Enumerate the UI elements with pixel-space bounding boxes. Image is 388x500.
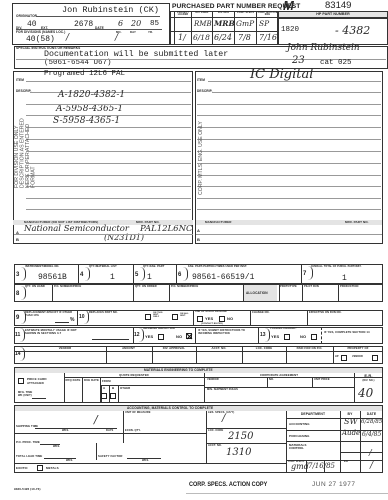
- if-yes-submit-label: IF YES, SUBMIT INSTRUCTIONS TO INCOMING …: [198, 330, 255, 336]
- po-proc-time-label: P.O. PROC. TIME: [16, 441, 40, 444]
- section-8-num: 8: [16, 291, 19, 297]
- incoming-yes-label: YES: [145, 335, 153, 339]
- department-header: DEPARTMENT: [286, 413, 340, 416]
- dept-materials-control-date[interactable]: /: [369, 449, 372, 457]
- slash-mark: /: [66, 34, 69, 43]
- section-3-num: 3: [16, 272, 19, 278]
- incoming-yes-checkbox[interactable]: [158, 334, 164, 340]
- acct-no-value[interactable]: 1310: [226, 448, 251, 458]
- by-header: BY: [340, 413, 360, 416]
- date-header: DATE: [360, 413, 383, 416]
- min-shipment-label: MIN. SHIPMENT RULES: [207, 389, 238, 392]
- section-9-num: 9: [16, 315, 19, 321]
- yr-label: YR.: [148, 31, 153, 34]
- accounting-header: ACCOUNTING, MATERIALS CONTROL TO COMPLET…: [127, 407, 213, 410]
- property-hp-label: HP: [335, 356, 339, 358]
- left-mfr-a-part[interactable]: PAL12L6NC: [140, 225, 193, 234]
- contact-buyer-label: (CONTACT BUYER): [201, 323, 223, 325]
- dept-accounting-label: ACCOUNTING: [289, 423, 310, 426]
- tooling-charge-label: TOOLING CHARGE?: [270, 328, 297, 331]
- approval-header: CORP. SPECS: [235, 12, 256, 14]
- final-date-slash[interactable]: /: [370, 462, 373, 471]
- change-no-label: CHANGE NO.: [252, 312, 270, 315]
- wk-unit-label: WK (UNIT): [18, 395, 32, 398]
- po-number-price-label-2: P.O. NUMBER/PRICE: [171, 286, 198, 289]
- loc-code-label: LOC. CODE: [208, 430, 223, 433]
- loc-code-header: LOC. CODE: [242, 347, 286, 350]
- dept-purchasing-date[interactable]: 6/4/85: [362, 432, 381, 438]
- left-descrip-line[interactable]: A-5958-4365-1: [56, 105, 123, 114]
- handwritten-number: 23: [292, 56, 305, 66]
- corp-specs-date[interactable]: 7/16/85: [308, 463, 335, 470]
- right-descrip-label: DESCRIP.: [197, 90, 212, 93]
- div-approval-header: DIV. APPROVAL: [152, 347, 196, 350]
- qty-on-hand-label: QTY. ON HAND: [25, 286, 45, 289]
- er-sub-label: (DIV. NO.): [354, 380, 383, 382]
- pilot-run-label: PILOT RUN: [304, 286, 319, 289]
- quote-b-label: B: [112, 387, 114, 390]
- qty-fab-part-label: QTY./FAB. PART: [143, 266, 164, 269]
- approval-date[interactable]: 7/8: [238, 34, 251, 42]
- left-mfr-a-part2[interactable]: (N231D1): [104, 234, 144, 242]
- total-lead-time-label: TOTAL LEAD TIME: [16, 455, 42, 458]
- due-date-label: DUE DATE: [83, 379, 100, 382]
- originator-value[interactable]: Jon Rubinstein (CK): [62, 6, 159, 15]
- property-hp-checkbox[interactable]: [341, 355, 347, 361]
- replaces-part-label: REPLACES PART NO.: [89, 312, 118, 315]
- materials-engineering-header: MATERIALS ENGINEERING TO COMPLETE: [144, 369, 213, 372]
- form-title: PURCHASED PART NUMBER REQUEST: [172, 3, 300, 10]
- exotic-label: EXOTIC: [16, 467, 28, 470]
- received-stamp: JUN 27 1977: [312, 481, 355, 488]
- on-all-inst-label: ON ALL INST.: [180, 313, 190, 317]
- overall-total-value[interactable]: 1: [342, 275, 347, 283]
- form-number: 83149: [325, 1, 351, 11]
- section-11-num: 11: [15, 333, 20, 338]
- price-card-label: PRICE CARD ATTACHED: [27, 378, 62, 385]
- quote-a-checkbox[interactable]: [101, 393, 107, 399]
- vendor-header: VENDOR: [25, 347, 105, 350]
- en-label: EN.: [344, 461, 348, 463]
- section-10-num: 10: [79, 315, 85, 320]
- incoming-inspection-label: INCOMING INSPECTION: [143, 328, 175, 331]
- monthly-usage-label: ESTIMATE MONTHLY USAGE IF NOT SHOWN IN S…: [25, 329, 85, 335]
- div-value[interactable]: 40: [27, 21, 37, 29]
- approval-date[interactable]: 7/16: [259, 34, 277, 42]
- row-b-label: B: [16, 238, 19, 242]
- approval-header: DIV. MFG: [213, 12, 234, 14]
- section-4-num: 4: [80, 272, 83, 278]
- dept-materials-control-label: MATERIALS CONTROL: [289, 444, 319, 451]
- hp-part-number-suffix[interactable]: - 4382: [335, 25, 370, 36]
- po-number-price-label: P.O. NUMBER/PRICE: [54, 286, 81, 289]
- replacement-label: REPLACEMENT-SPECIFY IF OTHER THAN 10%: [25, 312, 75, 317]
- incoming-no-label: NO: [176, 335, 182, 339]
- section-6-num: 6: [178, 272, 181, 278]
- left-descrip-line[interactable]: S-5958-4365-1: [53, 117, 120, 126]
- approval-header: CORP. MATLS & ENG: [257, 12, 278, 17]
- on-all-inst-checkbox[interactable]: [172, 314, 178, 320]
- percent-sign: %: [70, 318, 75, 323]
- price-card-checkbox[interactable]: [18, 378, 24, 384]
- po-proc-wks-label: WKS.: [53, 446, 60, 449]
- for-divisions-label: FOR DIVISIONS (NAMES LOC.): [16, 31, 65, 34]
- approval-initials[interactable]: GmP: [236, 20, 254, 28]
- incoming-no-checkbox[interactable]: [186, 333, 192, 339]
- approval-initials[interactable]: MRB: [214, 20, 235, 28]
- acct-no-header: ACCT. NO.: [196, 347, 242, 350]
- allocation-label: ALLOCATION: [246, 292, 268, 295]
- dept-accounting-by[interactable]: SW: [344, 418, 358, 426]
- fab-part-value[interactable]: 98561-66519/1: [192, 274, 254, 282]
- qty-fab-part-value[interactable]: 1: [147, 274, 152, 282]
- right-mfr-part-header: MFR. PART NO.: [345, 221, 369, 224]
- econ-qty-label: ECON. QTY.: [125, 430, 141, 433]
- property-vendor-label: VENDOR: [352, 356, 363, 358]
- dept-purchasing-by[interactable]: Aude: [342, 430, 360, 437]
- left-item-value[interactable]: Programed 12L6 PAL: [44, 71, 125, 79]
- approval-initials[interactable]: RMB: [194, 21, 212, 28]
- unit-price-label: UNIT PRICE: [314, 379, 330, 382]
- approval-date[interactable]: 6/18: [193, 34, 210, 42]
- right-row-a-label: A: [197, 229, 200, 233]
- section-12-num: 12: [134, 333, 140, 338]
- right-mfr-header-label: MANUFACTURER: [205, 221, 232, 224]
- for-divisions-value[interactable]: 40(58): [26, 36, 55, 44]
- quote-other-label: OTHER: [120, 387, 130, 390]
- amount-header: AMOUNT: [106, 347, 151, 350]
- prototype-label: PROTOTYPE: [280, 286, 297, 289]
- property-vendor-checkbox[interactable]: [372, 355, 378, 361]
- slash-mark: /: [94, 414, 98, 425]
- tooling-no-checkbox[interactable]: [311, 334, 317, 340]
- quote-a-label: A: [103, 387, 105, 390]
- slash-mark: /: [115, 34, 118, 43]
- fab-part-label: FAB. PART-PARTNO./TIMES USED PER INST.: [188, 266, 247, 269]
- day-label: DAY: [130, 31, 136, 34]
- dept-purchasing-label: PURCHASING: [289, 435, 309, 438]
- tooling-yes-label: YES: [271, 335, 279, 339]
- acct-no-label: ACCT. NO.: [208, 445, 222, 448]
- tooling-yes-checkbox[interactable]: [284, 334, 290, 340]
- paid-for-header: PAID FOR ON P.O.: [286, 347, 333, 350]
- effective-on-run-label: EFFECTIVE ON RUN NO.: [309, 312, 342, 315]
- section-13-num: 13: [260, 333, 266, 338]
- date-year[interactable]: 85: [150, 21, 159, 29]
- right-item-value[interactable]: IC Digital: [250, 68, 313, 81]
- use-up-yes-checkbox[interactable]: [197, 316, 203, 322]
- qty-material-list-value[interactable]: 1: [110, 274, 115, 282]
- metals-label: METALS: [46, 467, 59, 470]
- date-day[interactable]: 20: [131, 20, 141, 28]
- left-item-label: ITEM: [16, 79, 24, 82]
- left-side-note: FOR DIVISION USE ONLY DESCRIPTION AS ENT…: [15, 106, 32, 188]
- on-this-inst-checkbox[interactable]: [145, 314, 151, 320]
- approval-header: PROJECT LEADER: [175, 12, 191, 17]
- section-5-num: 5: [135, 272, 138, 278]
- use-up-stock-label: USE UP STOCK ON HAND: [195, 311, 227, 313]
- corp-no-label: NO.: [269, 379, 274, 382]
- instrument-model-label: INSTRUMENT/MODEL NO.: [25, 266, 59, 269]
- dept-accounting-date[interactable]: 6/28/85: [361, 420, 382, 426]
- if-yes-complete-label: IF YES, COMPLETE SECTION 14: [324, 331, 380, 334]
- originator-label: ORIGINATOR: [16, 15, 37, 18]
- hp-part-number-prefix[interactable]: 1820: [281, 27, 299, 35]
- safety-factor-label: SAFETY FACTOR: [98, 455, 123, 458]
- cat-code[interactable]: cat 025: [320, 60, 352, 68]
- approval-header: DIV. ENGR: [192, 12, 212, 14]
- special-instructions-line2[interactable]: (5061-6544 U67): [44, 60, 112, 68]
- production-label: PRODUCTION: [340, 286, 358, 289]
- corporate-agreement-label: CORPORATE AGREEMENT: [204, 374, 354, 377]
- er-label: E.R.: [354, 374, 383, 378]
- corp-vendor-label: VENDOR: [207, 379, 219, 382]
- from-label: FROM: [102, 380, 111, 383]
- slash-mark: /: [222, 414, 225, 424]
- use-up-yes-label: YES: [205, 317, 213, 321]
- date-month[interactable]: 6: [118, 20, 123, 28]
- er-value[interactable]: 40: [358, 387, 373, 399]
- on-this-inst-label: ON THIS INST. ONLY: [153, 312, 163, 319]
- copy-label: CORP. SPECS. ACTION COPY: [189, 481, 267, 488]
- ext-value[interactable]: 2678: [74, 21, 93, 29]
- section-7-num: 7: [303, 271, 306, 277]
- right-side-note: CORP. MTLS. ENG. USE ONLY: [199, 115, 207, 195]
- approval-date[interactable]: 6/24: [214, 34, 232, 42]
- property-of-header: PROPERTY OF: [333, 347, 383, 350]
- rfq-date-label: RFQ DATE: [65, 379, 81, 382]
- approval-initials[interactable]: SP: [259, 20, 269, 28]
- use-up-no-label: NO: [227, 317, 233, 321]
- right-item-panel: [195, 71, 383, 244]
- overall-total-label: OVERALL TOTAL OF PURCH. PART/INST.: [311, 266, 366, 268]
- qty-on-order-label: QTY. ON ORDER: [135, 286, 157, 289]
- quote-b-checkbox[interactable]: [110, 393, 116, 399]
- tooling-no-label: NO: [300, 335, 306, 339]
- footer-form-code: 9320-5426 (10-73): [14, 488, 41, 491]
- originator-underline: [36, 16, 160, 17]
- use-up-no-checkbox[interactable]: [219, 316, 225, 322]
- approval-date[interactable]: 1/: [178, 34, 186, 42]
- instrument-model-value[interactable]: 98561B: [38, 274, 67, 282]
- right-item-label: ITEM: [197, 79, 205, 82]
- qty-material-list-label: QTY./MATERIAL LIST: [89, 266, 117, 269]
- left-descrip-line[interactable]: A-1820-4382-1: [58, 91, 125, 100]
- right-row-b-label: B: [197, 238, 200, 242]
- unit-of-measure-label: UNIT OF MEASURE: [125, 412, 151, 415]
- exotic-metals-checkbox[interactable]: [37, 465, 43, 471]
- section-14-num: 14: [15, 352, 21, 357]
- signature: John Rubinstein: [287, 44, 360, 53]
- loc-code-value[interactable]: 2150: [228, 432, 253, 442]
- hp-part-number-label: HP PART NUMBER: [278, 13, 388, 17]
